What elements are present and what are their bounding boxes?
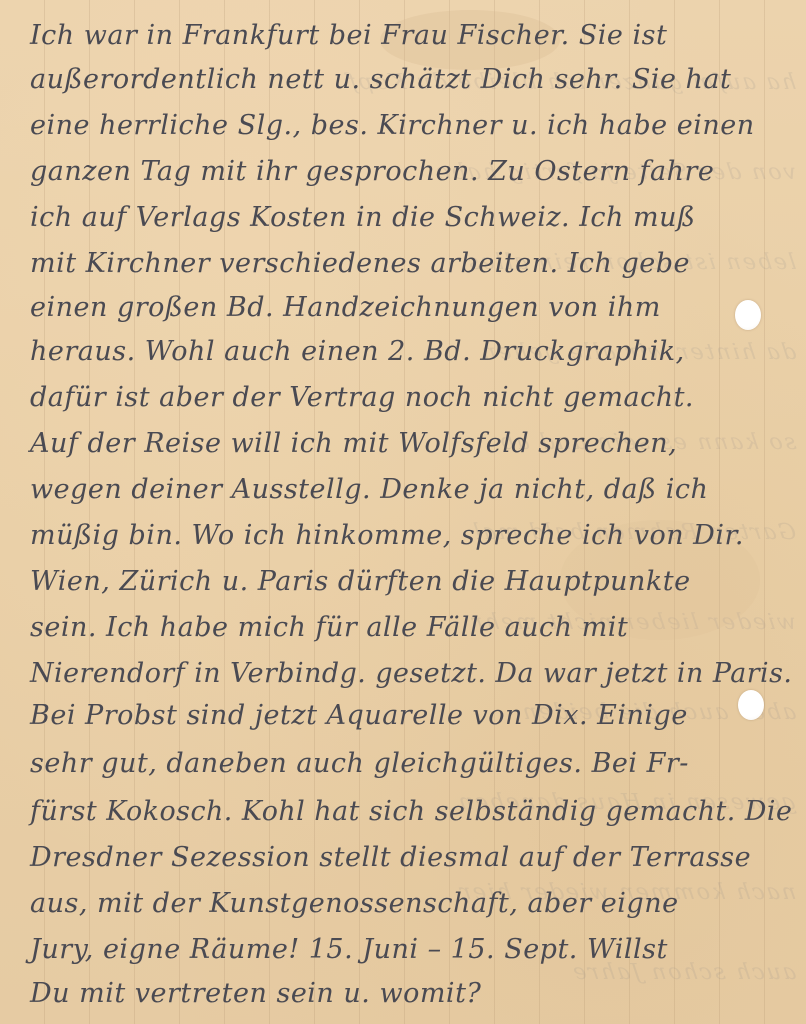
- letter-line: ganzen Tag mit ihr gesprochen. Zu Ostern…: [30, 156, 792, 188]
- letter-line: wegen deiner Ausstellg. Denke ja nicht, …: [30, 474, 792, 506]
- letter-line: Dresdner Sezession stellt diesmal auf de…: [30, 842, 792, 874]
- letter-line: außerordentlich nett u. schätzt Dich seh…: [30, 64, 792, 96]
- letter-line: mit Kirchner verschiedenes arbeiten. Ich…: [30, 248, 792, 280]
- punch-hole-bottom: [738, 690, 764, 720]
- letter-text: Ich war in Frankfurt bei Frau Fischer. S…: [0, 0, 806, 1024]
- letter-line: eine herrliche Slg., bes. Kirchner u. ic…: [30, 110, 792, 142]
- letter-line: aus, mit der Kunstgenossenschaft, aber e…: [30, 888, 792, 920]
- letter-line: Bei Probst sind jetzt Aquarelle von Dix.…: [30, 700, 792, 732]
- letter-line: einen großen Bd. Handzeichnungen von ihm: [30, 292, 792, 324]
- letter-line: Ich war in Frankfurt bei Frau Fischer. S…: [30, 20, 792, 52]
- letter-line: Du mit vertreten sein u. womit?: [30, 978, 792, 1010]
- letter-line: fürst Kokosch. Kohl hat sich selbständig…: [30, 796, 788, 828]
- letter-line: Nierendorf in Verbindg. gesetzt. Da war …: [30, 658, 788, 690]
- letter-line: Jury, eigne Räume! 15. Juni – 15. Sept. …: [30, 934, 792, 966]
- letter-line: müßig bin. Wo ich hinkomme, spreche ich …: [30, 520, 792, 552]
- letter-line: sein. Ich habe mich für alle Fälle auch …: [30, 612, 792, 644]
- letter-line: ich auf Verlags Kosten in die Schweiz. I…: [30, 202, 792, 234]
- letter-line: heraus. Wohl auch einen 2. Bd. Druckgrap…: [30, 336, 792, 368]
- letter-line: sehr gut, daneben auch gleichgültiges. B…: [30, 748, 792, 780]
- letter-line: Auf der Reise will ich mit Wolfsfeld spr…: [30, 428, 792, 460]
- letter-line: Wien, Zürich u. Paris dürften die Hauptp…: [30, 566, 792, 598]
- punch-hole-top: [735, 300, 761, 330]
- letter-page: ha aufm ganzer ich bleibe du Kopf von de…: [0, 0, 806, 1024]
- letter-line: dafür ist aber der Vertrag noch nicht ge…: [30, 382, 792, 414]
